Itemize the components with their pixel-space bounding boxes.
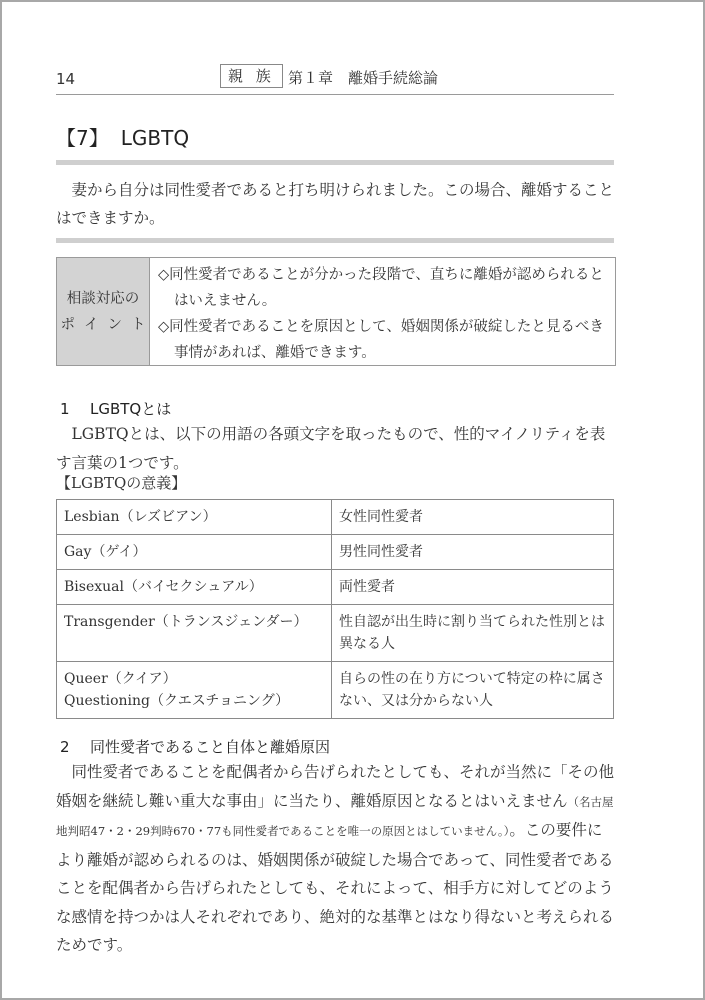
table-caption: 【LGBTQの意義】: [56, 472, 186, 493]
divider: [56, 238, 614, 243]
subsection-number: 1: [56, 400, 90, 418]
body-paragraph: 同性愛者であることを配偶者から告げられたとしても、それが当然に「その他婚姻を継続…: [56, 758, 614, 960]
subsection-title: 同性愛者であること自体と離婚原因: [90, 738, 330, 756]
section-title: 【7】LGBTQ: [56, 122, 189, 151]
running-header: 14 親 族 第１章 離婚手続総論: [56, 64, 614, 95]
subsection-title: LGBTQとは: [90, 400, 171, 418]
point-label-line1: 相談対応の: [67, 286, 140, 312]
subsection-heading: 1LGBTQとは: [56, 398, 171, 419]
point-box: 相談対応の ポイント ◇同性愛者であることが分かった段階で、直ちに離婚が認められ…: [56, 257, 616, 366]
body-text: 同性愛者であることを配偶者から告げられたとしても、それが当然に「その他婚姻を継続…: [56, 763, 614, 810]
lgbtq-table: Lesbian（レズビアン） 女性同性愛者 Gay（ゲイ） 男性同性愛者 Bis…: [56, 499, 614, 719]
point-item: ◇同性愛者であることが分かった段階で、直ちに離婚が認められるとはいえません。: [158, 262, 609, 314]
point-item: ◇同性愛者であることを原因として、婚姻関係が破綻したと見るべき事情があれば、離婚…: [158, 314, 609, 366]
term-cell: Queer（クイア） Questioning（クエスチョニング）: [57, 662, 332, 719]
term-cell: Transgender（トランスジェンダー）: [57, 605, 332, 662]
table-row: Gay（ゲイ） 男性同性愛者: [57, 535, 614, 570]
section-title-text: LGBTQ: [121, 126, 189, 150]
page: 14 親 族 第１章 離婚手続総論 【7】LGBTQ 妻から自分は同性愛者である…: [0, 0, 705, 1000]
table-row: Transgender（トランスジェンダー） 性自認が出生時に割り当てられた性別…: [57, 605, 614, 662]
point-label-line2: ポイント: [61, 312, 155, 338]
point-label: 相談対応の ポイント: [57, 258, 150, 365]
table-row: Lesbian（レズビアン） 女性同性愛者: [57, 500, 614, 535]
question-text: 妻から自分は同性愛者であると打ち明けられました。この場合、離婚することはできます…: [56, 176, 614, 232]
table-row: Queer（クイア） Questioning（クエスチョニング） 自らの性の在り…: [57, 662, 614, 719]
meaning-cell: 両性愛者: [332, 570, 614, 605]
body-text: 。この要件により離婚が認められるのは、婚姻関係が破綻した場合であって、同性愛者で…: [56, 821, 614, 954]
chapter-title: 第１章 離婚手続総論: [288, 67, 438, 88]
table-row: Bisexual（バイセクシュアル） 両性愛者: [57, 570, 614, 605]
subsection-heading: 2同性愛者であること自体と離婚原因: [56, 736, 330, 757]
term-cell: Lesbian（レズビアン）: [57, 500, 332, 535]
meaning-cell: 男性同性愛者: [332, 535, 614, 570]
body-paragraph: LGBTQとは、以下の用語の各頭文字を取ったもので、性的マイノリティを表す言葉の…: [56, 420, 614, 477]
divider: [56, 160, 614, 165]
meaning-cell: 女性同性愛者: [332, 500, 614, 535]
meaning-cell: 自らの性の在り方について特定の枠に属さない、又は分からない人: [332, 662, 614, 719]
subsection-number: 2: [56, 738, 90, 756]
point-content: ◇同性愛者であることが分かった段階で、直ちに離婚が認められるとはいえません。 ◇…: [150, 258, 615, 365]
term-line: Questioning（クエスチョニング）: [64, 690, 324, 712]
term-cell: Bisexual（バイセクシュアル）: [57, 570, 332, 605]
part-label: 親 族: [220, 64, 283, 88]
meaning-cell: 性自認が出生時に割り当てられた性別とは異なる人: [332, 605, 614, 662]
page-number: 14: [56, 70, 75, 88]
term-cell: Gay（ゲイ）: [57, 535, 332, 570]
section-number: 【7】: [56, 126, 109, 150]
term-line: Queer（クイア）: [64, 668, 324, 690]
